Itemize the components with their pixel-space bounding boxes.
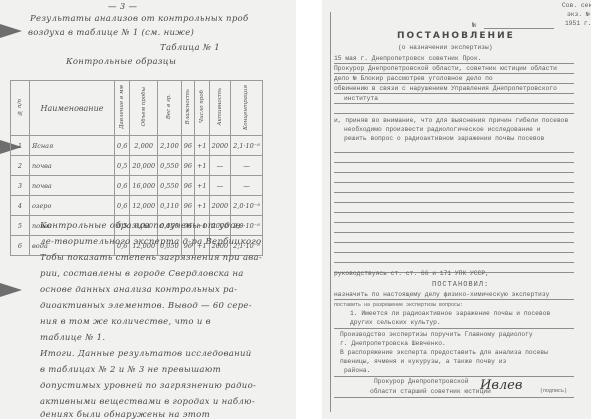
- document-title: ПОСТАНОВЛЕНИЕ: [397, 31, 515, 41]
- row-number: 2: [11, 156, 30, 176]
- body-line: ле-творительного эксперта д-ра Вербицког…: [40, 237, 261, 247]
- table-row: 3 почва 0,6 16,000 0,550 96 +1 — —: [11, 176, 263, 196]
- body-line: диоактивных элементов. Вывод — 60 сере-: [40, 301, 252, 311]
- cell: +1: [194, 156, 209, 176]
- form-line: обвинению в связи с нарушением Управлени…: [334, 85, 557, 92]
- body-line: в таблицах № 2 и № 3 не превышают: [40, 365, 221, 375]
- header-cell: Наименование: [30, 81, 115, 136]
- blank-line: [334, 172, 574, 173]
- blank-line: [334, 162, 574, 163]
- handwritten-signature: Ивлев: [480, 378, 522, 393]
- cell: 0,5: [115, 156, 130, 176]
- cell: —: [231, 156, 263, 176]
- corner-mark: Сов. секр.: [562, 2, 591, 9]
- blank-line: [334, 222, 574, 223]
- cell: 2000: [209, 136, 231, 156]
- table-row: 1 Ясная 0,6 2,000 2,100 96 +1 2000 2,1·1…: [11, 136, 263, 156]
- sample-name: почва: [30, 156, 115, 176]
- blank-line: [334, 192, 574, 193]
- cell: —: [209, 176, 231, 196]
- row-number: 4: [11, 196, 30, 216]
- row-number: 3: [11, 176, 30, 196]
- underline: [334, 328, 574, 329]
- header-cell: Число проб: [194, 81, 209, 136]
- cell: 0,550: [158, 156, 182, 176]
- table-row: 4 озеро 0,6 12,000 0,110 96 +1 2000 2,0·…: [11, 196, 263, 216]
- body-line: рии, составлены в городе Свердловска на: [40, 269, 244, 279]
- sample-name: озеро: [30, 196, 115, 216]
- blank-line: [334, 242, 574, 243]
- signature-caption: (подпись): [540, 388, 567, 394]
- table-subtitle: Контрольные образцы: [66, 57, 176, 67]
- decision-item: пшеницы, ячменя и кукурузы, а также почв…: [340, 358, 506, 365]
- underline: [334, 376, 574, 377]
- intro-line-1: Результаты анализов от контрольных проб: [30, 14, 248, 24]
- row-number: 6: [11, 236, 30, 256]
- margin-rule: [330, 12, 331, 412]
- blank-line: [334, 212, 574, 213]
- cell: +1: [194, 196, 209, 216]
- blank-line: [334, 252, 574, 253]
- cell: 96: [181, 136, 194, 156]
- underline: [334, 113, 574, 114]
- table-row: 2 почва 0,5 20,000 0,550 96 +1 — —: [11, 156, 263, 176]
- cell: 2000: [209, 196, 231, 216]
- cell: 96: [181, 196, 194, 216]
- cell: 0,6: [115, 196, 130, 216]
- body-line: активными веществами в городах и наблю-: [40, 397, 255, 407]
- body-line: допустимых уровней по загрязнению радио-: [40, 381, 256, 391]
- decision-item: других сельских культур.: [350, 319, 441, 326]
- header-cell: Активность: [209, 81, 231, 136]
- cell: 0,6: [115, 176, 130, 196]
- underline: [334, 63, 574, 64]
- header-cell: Концентрация: [231, 81, 263, 136]
- blank-line: [334, 152, 574, 153]
- cell: 2,000: [130, 136, 158, 156]
- reason-line: решить вопрос о радиоактивном заражении …: [344, 135, 544, 142]
- binder-clip-shadow: [0, 24, 22, 38]
- decision-item: В распоряжение эксперта предоставить для…: [340, 349, 548, 356]
- body-line: Тобы показать степень загрязнения при ав…: [40, 253, 262, 263]
- row-number: 5: [11, 216, 30, 236]
- decision-item: 1. Имеется ли радиоактивное заражение по…: [350, 310, 550, 317]
- page-number: — 3 —: [108, 2, 137, 12]
- body-line: таблице № 1.: [40, 333, 105, 343]
- cell: +1: [194, 136, 209, 156]
- decision-item: Производство экспертизы поручить Главном…: [340, 331, 533, 338]
- cell: 0,550: [158, 176, 182, 196]
- underline: [334, 83, 574, 84]
- handwritten-document-page: — 3 — Результаты анализов от контрольных…: [0, 0, 296, 419]
- form-line: института: [344, 95, 378, 102]
- body-line: ния в том же количестве, что и в: [40, 317, 211, 327]
- underline: [334, 397, 574, 398]
- reason-line: и, приняв во внимание, что для выяснения…: [334, 117, 568, 124]
- form-line: 15 мая г. Днепропетровск советник Прок.: [334, 55, 481, 62]
- body-line: Контрольные образцы получены от удов-: [40, 221, 244, 231]
- blank-line: [334, 262, 574, 263]
- decision-item: г. Днепропетровска Шевченко.: [340, 340, 446, 347]
- corner-mark: экз. №: [567, 11, 590, 18]
- cell: 96: [181, 176, 194, 196]
- underline: [334, 93, 574, 94]
- corner-mark: 1951 г.: [565, 20, 591, 27]
- table-label: Таблица № 1: [160, 43, 220, 53]
- form-line: Прокурор Днепропетровской области, совет…: [334, 65, 557, 72]
- sample-name: Ясная: [30, 136, 115, 156]
- cell: 2,100: [158, 136, 182, 156]
- header-cell: Давление в мм: [115, 81, 130, 136]
- signatory-title: области старший советник юстиции: [370, 388, 491, 395]
- binder-clip-shadow: [0, 283, 22, 297]
- cell: 2,0·10⁻⁸: [231, 196, 263, 216]
- underline: [334, 299, 574, 300]
- document-number-field: [484, 28, 554, 29]
- underline: [334, 103, 574, 104]
- decision-header: ПОСТАНОВИЛ:: [432, 281, 489, 289]
- cell: 16,000: [130, 176, 158, 196]
- table-header-row: № п/п Наименование Давление в мм Объем п…: [11, 81, 263, 136]
- question-intro: поставить на разрешение экспертизы вопро…: [334, 302, 463, 308]
- typed-resolution-page: Сов. секр. экз. № 1951 г. № ПОСТАНОВЛЕНИ…: [322, 0, 591, 419]
- blank-line: [334, 182, 574, 183]
- header-cell: Влажность: [181, 81, 194, 136]
- signatory-title: Прокурор Днепропетровской: [374, 378, 468, 385]
- intro-line-2: воздуха в таблице № 1 (см. ниже): [28, 28, 194, 38]
- cell: 12,000: [130, 196, 158, 216]
- header-cell: № п/п: [11, 81, 30, 136]
- document-number-label: №: [472, 22, 476, 30]
- sample-name: почва: [30, 176, 115, 196]
- decision-item: района.: [344, 367, 370, 374]
- cell: 0,6: [115, 136, 130, 156]
- cell: —: [209, 156, 231, 176]
- body-line: основе данных анализа контрольных ра-: [40, 285, 237, 295]
- header-cell: Вес в гр.: [158, 81, 182, 136]
- cell: +1: [194, 176, 209, 196]
- body-line: дениях были обнаружены на этот: [40, 410, 210, 419]
- header-cell: Объем пробы: [130, 81, 158, 136]
- row-number: 1: [11, 136, 30, 156]
- statute-line: руководствуясь ст. ст. 66 и 171 УПК УССР…: [334, 270, 489, 277]
- decision-line: назначить по настоящему делу физико-хими…: [334, 291, 549, 298]
- blank-line: [334, 202, 574, 203]
- blank-line: [334, 232, 574, 233]
- reason-line: необходимо произвести радиологическое ис…: [344, 126, 541, 133]
- cell: 0,110: [158, 196, 182, 216]
- cell: 2,1·10⁻⁸: [231, 136, 263, 156]
- cell: 96: [181, 156, 194, 176]
- form-line: дело № Блокир рассмотрев уголовное дело …: [334, 75, 493, 82]
- underline: [334, 73, 574, 74]
- cell: 20,000: [130, 156, 158, 176]
- cell: —: [231, 176, 263, 196]
- document-subtitle: (о назначении экспертизы): [398, 44, 492, 51]
- body-line: Итоги. Данные результатов исследований: [40, 349, 252, 359]
